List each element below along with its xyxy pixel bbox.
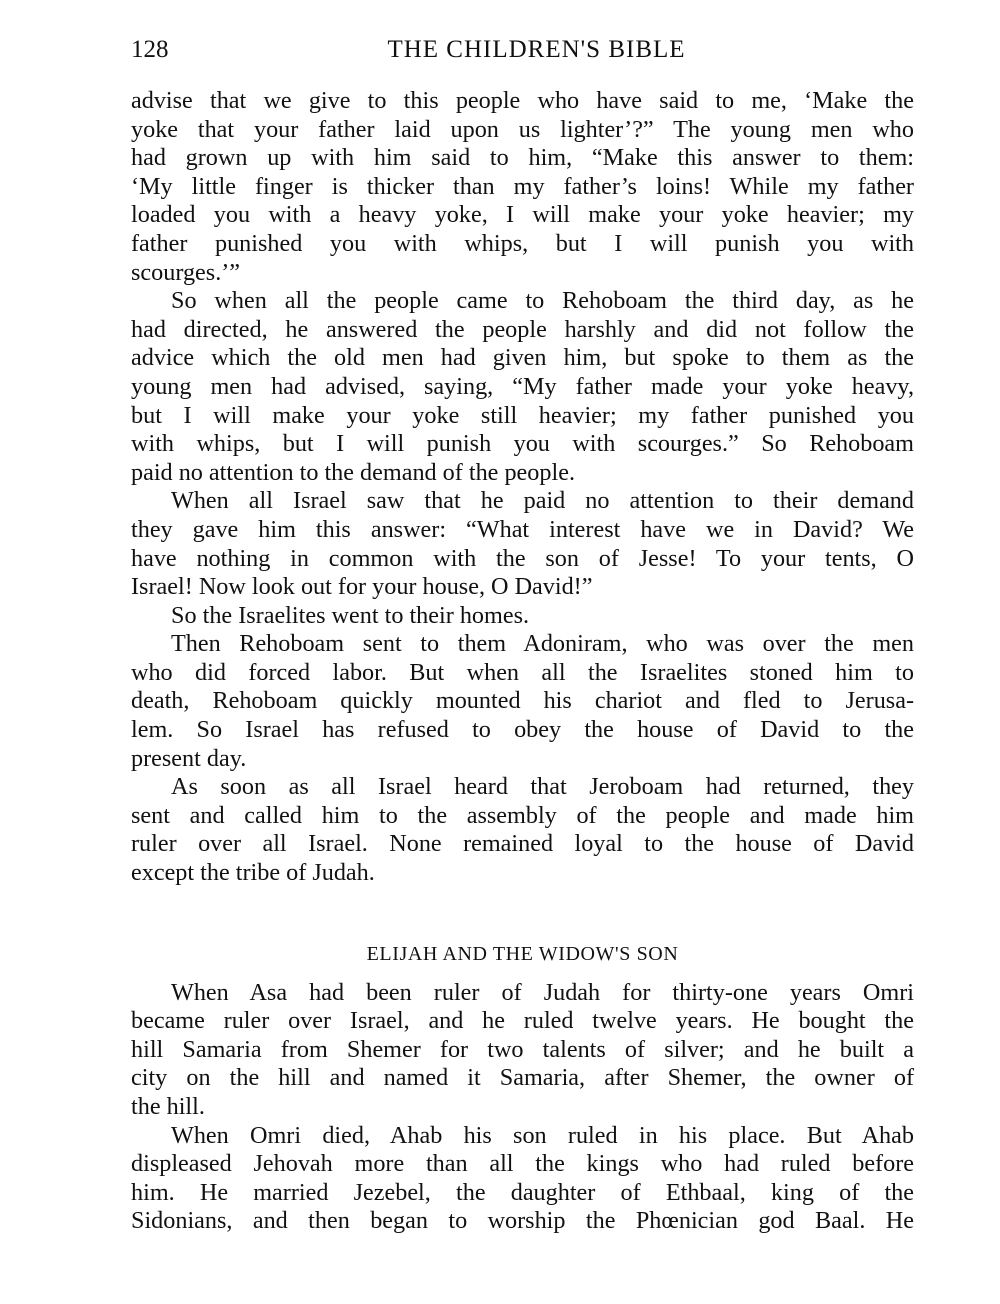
text-line: with whips, but I will punish you with s…: [131, 430, 914, 459]
text-line: had directed, he answered the people har…: [131, 316, 914, 345]
text-line: became ruler over Israel, and he ruled t…: [131, 1007, 914, 1036]
text-line: As soon as all Israel heard that Jeroboa…: [131, 773, 914, 802]
text-line: ‘My little finger is thicker than my fat…: [131, 173, 914, 202]
section-heading: ELIJAH AND THE WIDOW'S SON: [131, 940, 914, 968]
text-line: ruler over all Israel. None remained loy…: [131, 830, 914, 859]
text-line: they gave him this answer: “What interes…: [131, 516, 914, 545]
body-text: advise that we give to this people who h…: [131, 87, 914, 1236]
paragraph: advise that we give to this people who h…: [131, 87, 914, 287]
running-title: THE CHILDREN'S BIBLE: [131, 30, 914, 70]
text-line: paid no attention to the demand of the p…: [131, 459, 914, 488]
paragraph: When all Israel saw that he paid no atte…: [131, 487, 914, 601]
paragraph: Then Rehoboam sent to them Adoniram, who…: [131, 630, 914, 773]
text-line: have nothing in common with the son of J…: [131, 545, 914, 574]
text-line: but I will make your yoke still heavier;…: [131, 402, 914, 431]
book-page: 128 THE CHILDREN'S BIBLE advise that we …: [131, 30, 914, 1236]
text-line: yoke that your father laid upon us light…: [131, 116, 914, 145]
text-line: So when all the people came to Rehoboam …: [131, 287, 914, 316]
text-line: Israel! Now look out for your house, O D…: [131, 573, 914, 602]
paragraph: When Omri died, Ahab his son ruled in hi…: [131, 1122, 914, 1236]
text-line: scourges.’”: [131, 259, 914, 288]
text-line: death, Rehoboam quickly mounted his char…: [131, 687, 914, 716]
running-head: 128 THE CHILDREN'S BIBLE: [131, 30, 914, 70]
text-line: who did forced labor. But when all the I…: [131, 659, 914, 688]
text-line: him. He married Jezebel, the daughter of…: [131, 1179, 914, 1208]
text-line: Sidonians, and then began to worship the…: [131, 1207, 914, 1236]
text-line: present day.: [131, 745, 914, 774]
text-line: sent and called him to the assembly of t…: [131, 802, 914, 831]
paragraph: So the Israelites went to their homes.: [131, 602, 914, 631]
text-line: hill Samaria from Shemer for two talents…: [131, 1036, 914, 1065]
text-line: lem. So Israel has refused to obey the h…: [131, 716, 914, 745]
paragraph: So when all the people came to Rehoboam …: [131, 287, 914, 487]
text-line: Then Rehoboam sent to them Adoniram, who…: [131, 630, 914, 659]
text-line: had grown up with him said to him, “Make…: [131, 144, 914, 173]
paragraph: As soon as all Israel heard that Jeroboa…: [131, 773, 914, 887]
text-line: city on the hill and named it Samaria, a…: [131, 1064, 914, 1093]
text-line: So the Israelites went to their homes.: [131, 602, 914, 631]
text-line: When Omri died, Ahab his son ruled in hi…: [131, 1122, 914, 1151]
text-line: father punished you with whips, but I wi…: [131, 230, 914, 259]
text-line: displeased Jehovah more than all the kin…: [131, 1150, 914, 1179]
text-line: When Asa had been ruler of Judah for thi…: [131, 979, 914, 1008]
text-line: except the tribe of Judah.: [131, 859, 914, 888]
paragraph: When Asa had been ruler of Judah for thi…: [131, 979, 914, 1122]
text-line: advice which the old men had given him, …: [131, 344, 914, 373]
text-line: young men had advised, saying, “My fathe…: [131, 373, 914, 402]
text-line: the hill.: [131, 1093, 914, 1122]
text-line: loaded you with a heavy yoke, I will mak…: [131, 201, 914, 230]
text-line: When all Israel saw that he paid no atte…: [131, 487, 914, 516]
text-line: advise that we give to this people who h…: [131, 87, 914, 116]
